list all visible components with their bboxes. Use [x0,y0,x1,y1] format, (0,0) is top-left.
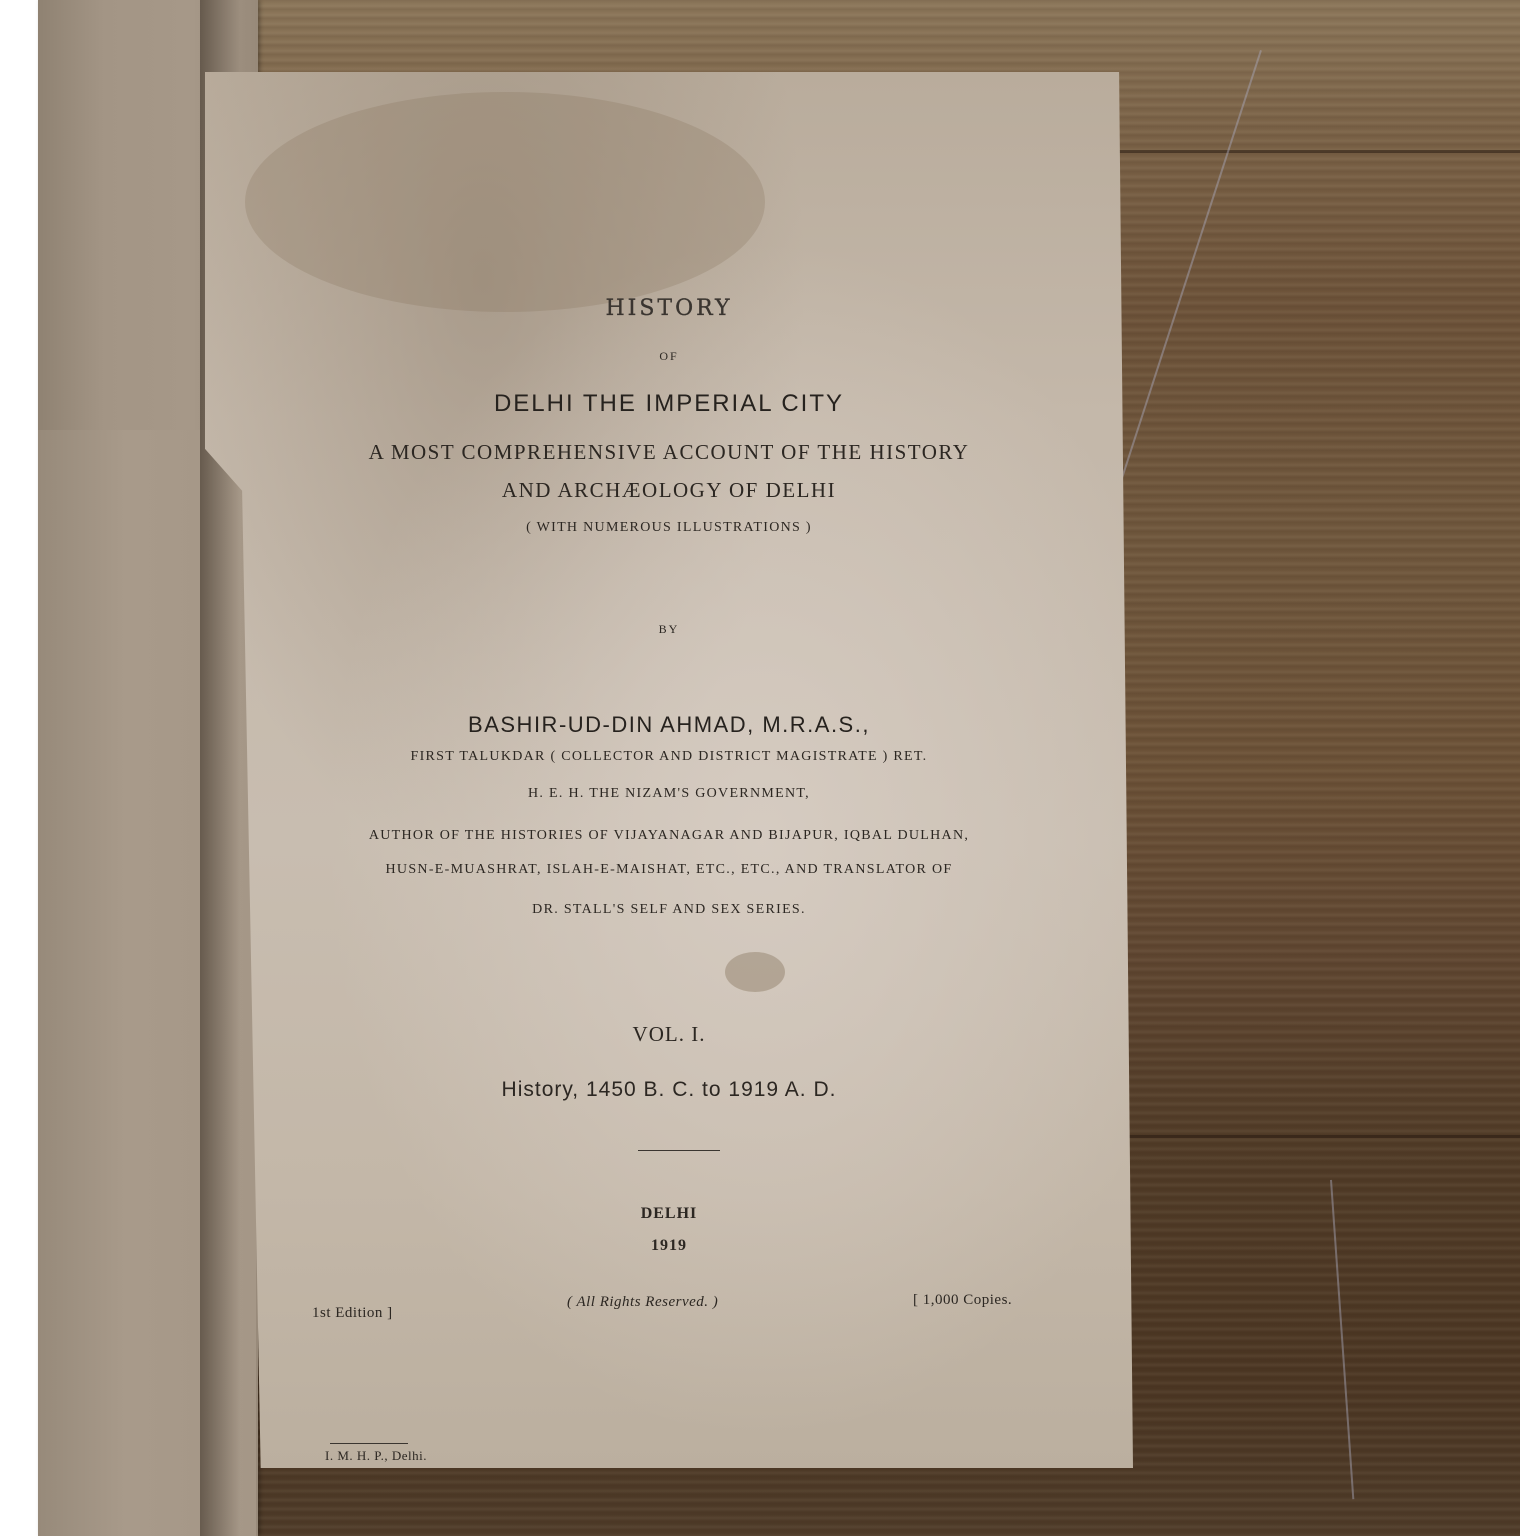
credential-line: DR. STALL'S SELF AND SEX SERIES. [205,902,1133,918]
subtitle-line-1: A MOST COMPREHENSIVE ACCOUNT OF THE HIST… [205,440,1133,465]
heading-of: OF [205,349,1133,364]
water-stain [245,92,765,312]
publication-year: 1919 [205,1237,1133,1255]
credential-line: H. E. H. THE NIZAM'S GOVERNMENT, [205,786,1133,802]
title-page: HISTORY OF DELHI THE IMPERIAL CITY A MOS… [205,72,1133,1468]
credential-line: FIRST TALUKDAR ( COLLECTOR AND DISTRICT … [205,749,1133,765]
printer-imprint: I. M. H. P., Delhi. [325,1448,427,1464]
water-stain [725,952,785,992]
author-name: BASHIR-UD-DIN AHMAD, M.R.A.S., [205,712,1133,738]
table-scratch [1330,1180,1354,1499]
table-scratch [1105,50,1261,526]
copies-note: [ 1,000 Copies. [913,1292,1012,1309]
heading-history: HISTORY [205,296,1133,321]
printer-rule [330,1443,408,1444]
rights-note: ( All Rights Reserved. ) [567,1294,718,1311]
by-label: BY [205,622,1133,637]
volume-subject: History, 1450 B. C. to 1919 A. D. [205,1078,1133,1102]
credential-line: AUTHOR OF THE HISTORIES OF VIJAYANAGAR A… [205,828,1133,844]
volume-label: VOL. I. [205,1022,1133,1047]
subtitle-line-2: AND ARCHÆOLOGY OF DELHI [205,478,1133,503]
publication-place: DELHI [205,1205,1133,1223]
book-title: DELHI THE IMPERIAL CITY [205,390,1133,418]
credential-line: HUSN-E-MUASHRAT, ISLAH-E-MAISHAT, ETC., … [205,862,1133,878]
edition-note: 1st Edition ] [312,1305,393,1322]
divider-rule [638,1150,720,1151]
illustrations-note: ( WITH NUMEROUS ILLUSTRATIONS ) [205,520,1133,536]
